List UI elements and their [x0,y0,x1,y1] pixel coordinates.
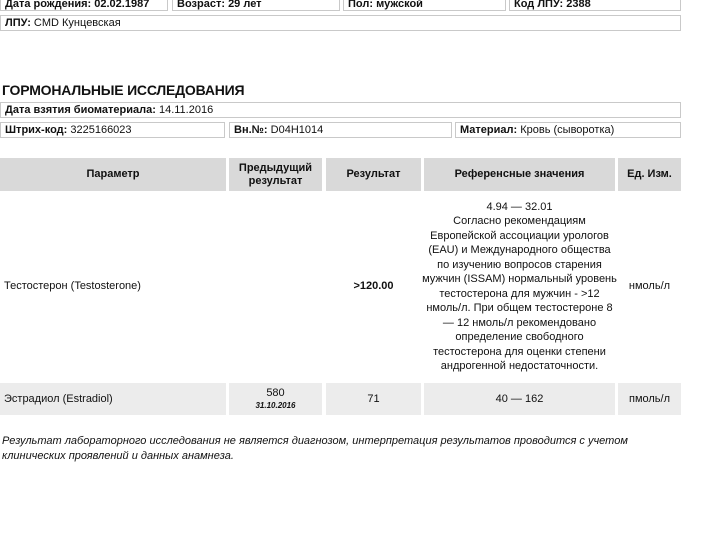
internal-number-label: Вн.№: [234,124,268,136]
lpu-code-field: Код ЛПУ: 2388 [509,0,681,11]
result-cell: >120.00 [326,191,421,382]
sample-date-field: Дата взятия биоматериала: 14.11.2016 [0,102,681,118]
internal-number-value: D04H1014 [271,124,324,136]
birth-date-value: 02.02.1987 [94,0,149,10]
sample-date-label: Дата взятия биоматериала: [5,104,156,116]
material-value: Кровь (сыворотка) [520,124,614,136]
header-result: Результат [326,158,421,191]
material-field: Материал: Кровь (сыворотка) [455,122,681,138]
reference-cell: 40 — 162 [424,383,615,415]
unit-cell: пмоль/л [618,383,681,415]
section-title: ГОРМОНАЛЬНЫЕ ИССЛЕДОВАНИЯ [2,82,244,98]
barcode-label: Штрих-код: [5,124,67,136]
header-reference: Референсные значения [424,158,615,191]
disclaimer-note: Результат лабораторного исследования не … [2,434,642,463]
header-unit: Ед. Изм. [618,158,681,191]
previous-result-cell: 580 31.10.2016 [229,383,322,415]
parameter-cell: Тестостерон (Testosterone) [0,191,226,382]
table-row: Эстрадиол (Estradiol) 580 31.10.2016 71 … [0,383,681,415]
internal-number-field: Вн.№: D04H1014 [229,122,452,138]
previous-value: 580 [266,386,284,400]
material-label: Материал: [460,124,517,136]
age-value: 29 лет [228,0,262,10]
sex-label: Пол: [348,0,373,10]
lpu-code-label: Код ЛПУ: [514,0,563,10]
age-label: Возраст: [177,0,225,10]
lpu-label: ЛПУ: [5,17,31,29]
sex-field: Пол: мужской [343,0,506,11]
birth-date-label: Дата рождения: [5,0,91,10]
barcode-field: Штрих-код: 3225166023 [0,122,225,138]
lpu-field: ЛПУ: CMD Кунцевская [0,15,681,31]
header-parameter: Параметр [0,158,226,191]
reference-range: 4.94 — 32.01 [486,200,552,215]
previous-date: 31.10.2016 [255,400,295,412]
table-row: Тестостерон (Testosterone) >120.00 4.94 … [0,191,681,382]
lpu-code-value: 2388 [566,0,590,10]
reference-cell: 4.94 — 32.01 Согласно рекомендациям Евро… [420,191,619,382]
sample-date-value: 14.11.2016 [159,104,213,116]
unit-cell: нмоль/л [618,191,681,382]
result-cell: 71 [326,383,421,415]
age-field: Возраст: 29 лет [172,0,340,11]
previous-result-cell [229,191,322,382]
lpu-value: CMD Кунцевская [34,17,121,29]
parameter-cell: Эстрадиол (Estradiol) [0,383,226,415]
barcode-value: 3225166023 [70,124,131,136]
header-previous-result: Предыдущий результат [229,158,322,191]
sex-value: мужской [376,0,423,10]
reference-note: Согласно рекомендациям Европейской ассоц… [422,214,617,374]
birth-date-field: Дата рождения: 02.02.1987 [0,0,168,11]
